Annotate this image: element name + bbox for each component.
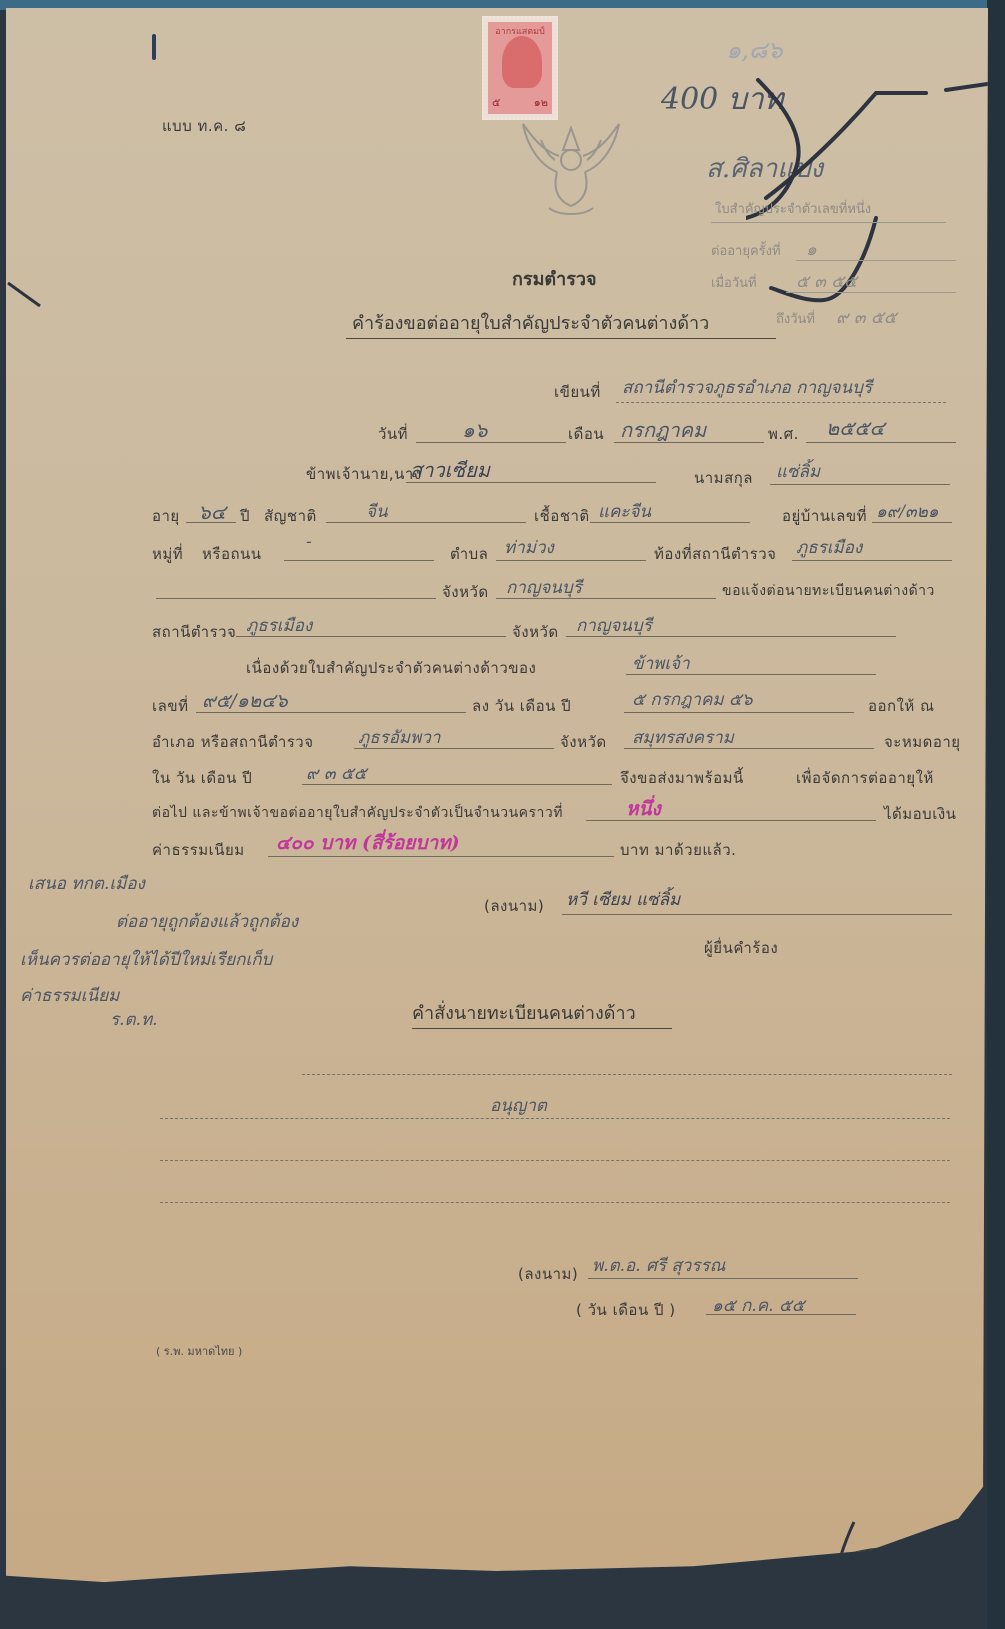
- continue-text: ต่อไป และข้าพเจ้าขอต่ออายุใบสำคัญประจำตั…: [152, 802, 563, 824]
- rule: [616, 402, 946, 403]
- margin-note-signature: ร.ต.ท.: [110, 1006, 158, 1033]
- year-value: ๒๕๕๔: [826, 412, 885, 444]
- rule: [586, 820, 876, 821]
- rule: [302, 784, 612, 785]
- rule: [566, 636, 896, 637]
- stamp-portrait-icon: [502, 36, 542, 88]
- document-page: แบบ ท.ค. ๘ อากรแสตมป์ ๕ ๑๒ ๑,๘๖ 400 บาท …: [6, 8, 988, 1598]
- cert-province-label: จังหวัด: [560, 730, 607, 754]
- applicant-signature: หวี เซียม แซ่ลิ้ม: [566, 886, 680, 913]
- rule: [872, 522, 952, 523]
- title-underline: [346, 338, 776, 339]
- name-label: ข้าพเจ้านาย,นาง: [306, 462, 422, 486]
- cert-date-value: ๕ กรกฎาคม ๕๖: [632, 686, 753, 713]
- side-box-row-value: ๑: [806, 236, 817, 263]
- paid-text: ได้มอบเงิน: [884, 802, 956, 826]
- order-line: [302, 1074, 952, 1075]
- month-label: เดือน: [568, 422, 604, 446]
- year-label: พ.ศ.: [768, 422, 799, 446]
- rule: [354, 748, 554, 749]
- reason-value: ข้าพเจ้า: [632, 650, 690, 677]
- agency-name: กรมตำรวจ: [512, 264, 597, 293]
- margin-note-line: เห็นควรต่ออายุให้ได้ปีใหม่เรียกเก็บ: [20, 946, 272, 973]
- rule: [711, 222, 946, 223]
- rule: [626, 674, 876, 675]
- side-box-heading: ใบสำคัญประจำตัวเลขที่หนึ่ง: [715, 198, 871, 219]
- order-heading-underline: [412, 1028, 672, 1029]
- form-title: คำร้องขอต่ออายุใบสำคัญประจำตัวคนต่างด้าว: [352, 308, 709, 337]
- station-province-value: กาญจนบุรี: [576, 612, 652, 639]
- order-line: [160, 1202, 950, 1203]
- moo-label: หมู่ที่: [152, 542, 183, 566]
- nationality-label: สัญชาติ: [264, 504, 317, 528]
- stamp-value-right: ๑๒: [534, 93, 548, 111]
- day-label: วันที่: [378, 422, 408, 446]
- station-province-label: จังหวัด: [512, 620, 559, 644]
- written-at-value: สถานีตำรวจภูธรอำเภอ กาญจนบุรี: [622, 374, 872, 401]
- cert-no-label: เลขที่: [152, 694, 188, 718]
- revenue-stamp: อากรแสตมป์ ๕ ๑๒: [482, 16, 558, 120]
- written-at-label: เขียนที่: [554, 380, 601, 404]
- form-code: แบบ ท.ค. ๘: [162, 114, 246, 138]
- ink-mark-left: [6, 278, 46, 318]
- station-value: ภูธรเมือง: [246, 612, 312, 639]
- rule: [796, 260, 956, 261]
- police-area-label: ท้องที่สถานีตำรวจ: [654, 542, 776, 566]
- station-label: สถานีตำรวจ: [152, 620, 236, 644]
- age-label: อายุ: [152, 504, 180, 528]
- ink-mark: [152, 34, 156, 60]
- rule: [786, 292, 956, 293]
- rule: [806, 442, 956, 443]
- rule: [284, 560, 434, 561]
- road-label: หรือถนน: [202, 542, 262, 566]
- rule: [706, 1314, 856, 1315]
- margin-note-line: ค่าธรรมเนียม: [20, 982, 119, 1009]
- official-signature: พ.ต.อ. ศรี สุวรรณ: [592, 1252, 725, 1279]
- side-box-row-label: ต่ออายุครั้งที่: [711, 240, 781, 261]
- rule: [792, 560, 952, 561]
- rule: [588, 1278, 858, 1279]
- rule: [406, 482, 656, 483]
- applicant-role: ผู้ยื่นคำร้อง: [704, 936, 778, 960]
- rule: [496, 598, 716, 599]
- rule: [268, 856, 614, 857]
- house-no-label: อยู่บ้านเลขที่: [782, 504, 867, 528]
- side-box-row-label: ถึงวันที่: [776, 308, 815, 329]
- subdistrict-value: ท่าม่วง: [504, 534, 554, 561]
- stamp-value-left: ๕: [492, 93, 500, 111]
- rule: [614, 442, 764, 443]
- rule: [156, 598, 436, 599]
- order-note: อนุญาต: [490, 1092, 547, 1119]
- purpose-text: เพื่อจัดการต่ออายุให้: [796, 766, 934, 790]
- reason-label: เนื่องด้วยใบสำคัญประจำตัวคนต่างด้าวของ: [246, 656, 536, 680]
- printer-credit: ( ร.พ. มหาดไทย ): [156, 1342, 242, 1360]
- official-date-label: ( วัน เดือน ปี ): [576, 1298, 676, 1322]
- side-box-row-value: ๙ ๓ ๕๕: [836, 304, 897, 331]
- rule: [562, 914, 952, 915]
- rule: [770, 484, 950, 485]
- race-label: เชื้อชาติ: [534, 504, 590, 528]
- margin-note-line: ต่ออายุถูกต้องแล้วถูกต้อง: [116, 908, 298, 935]
- age-value: ๖๔: [198, 496, 226, 528]
- rule: [326, 522, 526, 523]
- garuda-emblem-icon: [511, 120, 631, 220]
- side-box-row-value: ๕ ๓ ๕๕: [796, 268, 857, 295]
- rule: [624, 748, 874, 749]
- submit-text: จึงขอส่งมาพร้อมนี้: [620, 766, 744, 790]
- cert-province-value: สมุทรสงคราม: [632, 724, 734, 751]
- report-text: ขอแจ้งต่อนายทะเบียนคนต่างด้าว: [722, 580, 935, 602]
- rule: [624, 712, 854, 713]
- age-unit: ปี: [240, 504, 250, 528]
- order-heading: คำสั่งนายทะเบียนคนต่างด้าว: [412, 998, 636, 1027]
- province-label: จังหวัด: [442, 580, 489, 604]
- surname-value: แซ่ลิ้ม: [776, 458, 820, 485]
- margin-note-line: เสนอ ทกต.เมือง: [28, 870, 145, 897]
- surname-label: นามสกุล: [694, 466, 753, 490]
- expire-date-label: ใน วัน เดือน ปี: [152, 766, 252, 790]
- expire-label: จะหมดอายุ: [884, 730, 961, 754]
- cert-date-label: ลง วัน เดือน ปี: [472, 694, 571, 718]
- house-no-value: ๑๙/๓๒๑: [876, 498, 939, 525]
- handwritten-number: ๑,๘๖: [726, 30, 783, 69]
- rule: [186, 522, 236, 523]
- ink-stroke-bottom: [806, 1518, 916, 1608]
- police-area-value: ภูธรเมือง: [796, 534, 862, 561]
- side-box-row-label: เมื่อวันที่: [711, 272, 757, 293]
- subdistrict-label: ตำบล: [450, 542, 488, 566]
- race-value: แคะจีน: [598, 498, 651, 525]
- frame-right-edge: [987, 0, 1005, 1629]
- rule: [236, 636, 506, 637]
- official-sign-label: (ลงนาม): [518, 1262, 578, 1286]
- applicant-sign-label: (ลงนาม): [484, 894, 544, 918]
- order-line: [160, 1160, 950, 1161]
- district-label: อำเภอ หรือสถานีตำรวจ: [152, 730, 314, 754]
- nationality-value: จีน: [366, 498, 388, 525]
- rule: [416, 442, 566, 443]
- expire-date-value: ๙ ๓ ๕๕: [306, 760, 367, 787]
- rule: [196, 712, 466, 713]
- fee-value: ๔๐๐ บาท (สี่ร้อยบาท): [276, 828, 460, 858]
- issued-label: ออกให้ ณ: [868, 694, 935, 718]
- district-value: ภูธรอัมพวา: [358, 724, 440, 751]
- rule: [496, 560, 646, 561]
- order-line: [160, 1118, 950, 1119]
- road-value: -: [306, 532, 312, 552]
- province-value: กาญจนบุรี: [506, 574, 582, 601]
- fee-suffix: บาท มาด้วยแล้ว.: [620, 838, 736, 862]
- rule: [590, 522, 750, 523]
- fee-label: ค่าธรรมเนียม: [152, 838, 245, 862]
